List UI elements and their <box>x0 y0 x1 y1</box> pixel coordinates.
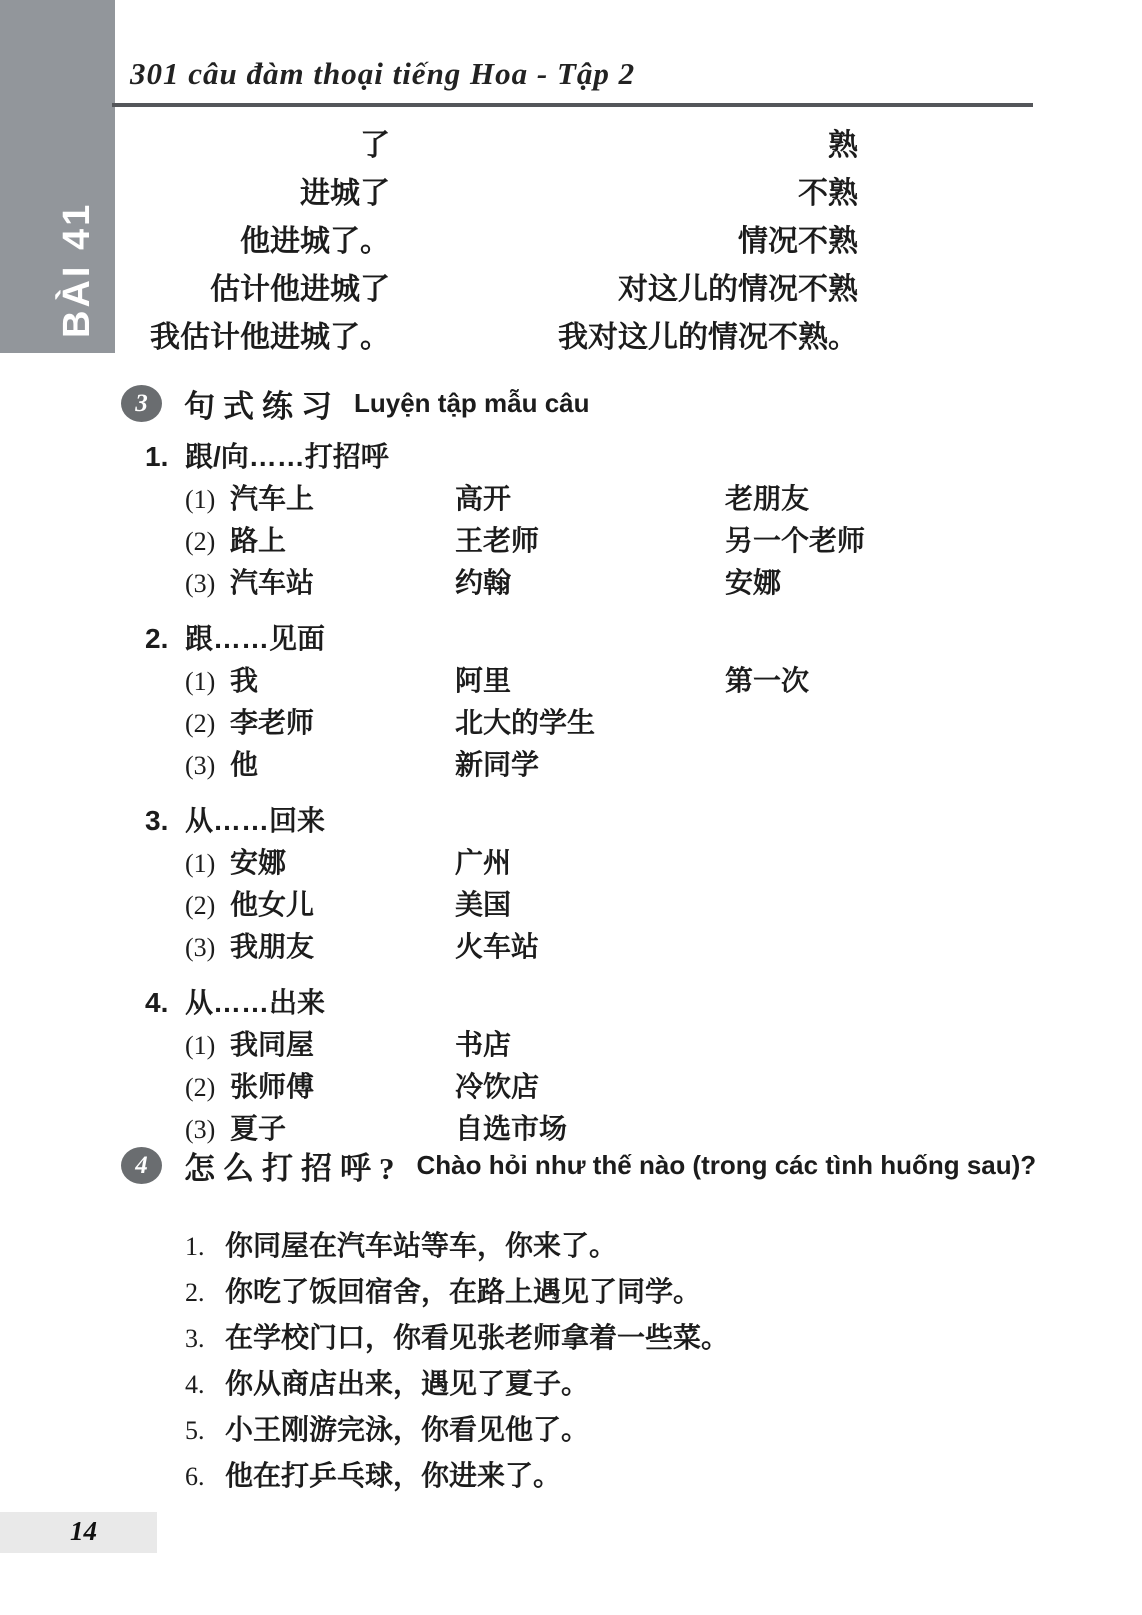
item-col1: 安娜 <box>230 843 455 885</box>
pyramid-line: 对这儿的情况不熟 <box>535 266 858 314</box>
pyramid-line: 估计他进城了 <box>130 266 390 314</box>
item-col1: 张师傅 <box>230 1067 455 1109</box>
sentence-text: 你同屋在汽车站等车，你来了。 <box>225 1224 1105 1270</box>
drill-row: (2) 他女儿 美国 <box>185 885 1095 927</box>
pattern-group: 3. 从……回来 (1) 安娜 广州 (2) 他女儿 美国 (3) 我朋友 火车… <box>145 798 1095 969</box>
item-col1: 路上 <box>230 521 455 563</box>
drill-row: (2) 路上 王老师 另一个老师 <box>185 521 1095 563</box>
item-col2: 书店 <box>455 1025 725 1067</box>
pyramid-line: 熟 <box>535 122 858 170</box>
pyramid-line: 我估计他进城了。 <box>130 314 390 362</box>
sentence-text: 小王刚游完泳，你看见他了。 <box>225 1408 1105 1454</box>
item-number: (1) <box>185 661 230 703</box>
item-col2: 广州 <box>455 843 725 885</box>
drill-row: (3) 汽车站 约翰 安娜 <box>185 563 1095 605</box>
section3-title-vi: Luyện tập mẫu câu <box>354 388 590 419</box>
drill-row: (1) 安娜 广州 <box>185 843 1095 885</box>
item-col2: 火车站 <box>455 927 725 969</box>
section4-title-vi: Chào hỏi như thế nào (trong các tình huố… <box>417 1150 1037 1181</box>
section4-number-badge: 4 <box>121 1147 162 1184</box>
drill-row: (2) 李老师 北大的学生 <box>185 703 1095 745</box>
item-col1: 汽车站 <box>230 563 455 605</box>
sentence-text: 你吃了饭回宿舍，在路上遇见了同学。 <box>225 1270 1105 1316</box>
sentence-row: 1. 你同屋在汽车站等车，你来了。 <box>185 1224 1105 1270</box>
item-number: (2) <box>185 1067 230 1109</box>
item-number: (3) <box>185 745 230 787</box>
group-number: 2. <box>145 616 185 661</box>
item-col3 <box>725 745 1095 787</box>
section3-header: 3 句式练习 Luyện tập mẫu câu <box>121 381 590 426</box>
group-heading: 2. 跟……见面 <box>145 616 1095 661</box>
header-rule <box>112 103 1033 107</box>
item-col3: 另一个老师 <box>725 521 1095 563</box>
item-number: (2) <box>185 521 230 563</box>
sentence-number: 5. <box>185 1408 225 1454</box>
section3-title-zh: 句式练习 <box>184 381 340 426</box>
item-col1: 我 <box>230 661 455 703</box>
item-number: (2) <box>185 703 230 745</box>
item-col3 <box>725 1025 1095 1067</box>
sentence-number: 6. <box>185 1454 225 1500</box>
sentence-text: 在学校门口，你看见张老师拿着一些菜。 <box>225 1316 1105 1362</box>
item-col1: 我同屋 <box>230 1025 455 1067</box>
item-number: (1) <box>185 1025 230 1067</box>
item-col1: 汽车上 <box>230 479 455 521</box>
group-number: 3. <box>145 798 185 843</box>
drill-row: (1) 我 阿里 第一次 <box>185 661 1095 703</box>
item-col2: 美国 <box>455 885 725 927</box>
drill-row: (3) 我朋友 火车站 <box>185 927 1095 969</box>
item-col1: 他 <box>230 745 455 787</box>
group-number: 1. <box>145 434 185 479</box>
item-col2: 冷饮店 <box>455 1067 725 1109</box>
item-number: (3) <box>185 563 230 605</box>
item-col2: 新同学 <box>455 745 725 787</box>
group-pattern: 从……出来 <box>185 980 1095 1025</box>
drill-row: (1) 汽车上 高开 老朋友 <box>185 479 1095 521</box>
item-col2: 王老师 <box>455 521 725 563</box>
item-col3 <box>725 843 1095 885</box>
lesson-label: BÀI 41 <box>56 202 99 338</box>
sentence-row: 2. 你吃了饭回宿舍，在路上遇见了同学。 <box>185 1270 1105 1316</box>
item-number: (2) <box>185 885 230 927</box>
pyramid-right: 熟 不熟 情况不熟 对这儿的情况不熟 我对这儿的情况不熟。 <box>535 122 858 362</box>
pyramid-line: 不熟 <box>535 170 858 218</box>
drill-row: (2) 张师傅 冷饮店 <box>185 1067 1095 1109</box>
book-title: 301 câu đàm thoại tiếng Hoa - Tập 2 <box>130 56 635 92</box>
item-col3 <box>725 885 1095 927</box>
sentence-number: 1. <box>185 1224 225 1270</box>
pattern-group: 4. 从……出来 (1) 我同屋 书店 (2) 张师傅 冷饮店 (3) 夏子 自… <box>145 980 1095 1151</box>
item-col2: 高开 <box>455 479 725 521</box>
item-col3: 第一次 <box>725 661 1095 703</box>
group-heading: 4. 从……出来 <box>145 980 1095 1025</box>
item-number: (1) <box>185 479 230 521</box>
drill-row: (3) 他 新同学 <box>185 745 1095 787</box>
group-pattern: 跟/向……打招呼 <box>185 434 1095 479</box>
sentence-row: 3. 在学校门口，你看见张老师拿着一些菜。 <box>185 1316 1105 1362</box>
group-pattern: 跟……见面 <box>185 616 1095 661</box>
pyramid-line: 情况不熟 <box>535 218 858 266</box>
group-number: 4. <box>145 980 185 1025</box>
sentence-row: 4. 你从商店出来，遇见了夏子。 <box>185 1362 1105 1408</box>
item-col2: 约翰 <box>455 563 725 605</box>
pattern-group: 2. 跟……见面 (1) 我 阿里 第一次 (2) 李老师 北大的学生 (3) … <box>145 616 1095 787</box>
situation-sentences: 1. 你同屋在汽车站等车，你来了。 2. 你吃了饭回宿舍，在路上遇见了同学。 3… <box>185 1224 1105 1500</box>
textbook-page: BÀI 41 301 câu đàm thoại tiếng Hoa - Tập… <box>0 0 1142 1615</box>
footer-bar: 14 <box>0 1512 157 1553</box>
page-number: 14 <box>70 1516 97 1547</box>
sentence-row: 5. 小王刚游完泳，你看见他了。 <box>185 1408 1105 1454</box>
pyramid-line: 他进城了。 <box>130 218 390 266</box>
group-pattern: 从……回来 <box>185 798 1095 843</box>
sentence-number: 4. <box>185 1362 225 1408</box>
group-heading: 1. 跟/向……打招呼 <box>145 434 1095 479</box>
item-col2: 阿里 <box>455 661 725 703</box>
pattern-groups: 1. 跟/向……打招呼 (1) 汽车上 高开 老朋友 (2) 路上 王老师 另一… <box>145 434 1095 1162</box>
section4-header: 4 怎么打招呼? Chào hỏi như thế nào (trong các… <box>121 1143 1036 1188</box>
item-col3 <box>725 1067 1095 1109</box>
lesson-sidebar: BÀI 41 <box>0 0 115 353</box>
drill-row: (1) 我同屋 书店 <box>185 1025 1095 1067</box>
sentence-text: 他在打乒乓球，你进来了。 <box>225 1454 1105 1500</box>
sentence-number: 2. <box>185 1270 225 1316</box>
item-col3 <box>725 703 1095 745</box>
item-col1: 我朋友 <box>230 927 455 969</box>
item-col2: 北大的学生 <box>455 703 725 745</box>
item-col3: 老朋友 <box>725 479 1095 521</box>
pyramid-left: 了 进城了 他进城了。 估计他进城了 我估计他进城了。 <box>130 122 390 362</box>
item-number: (1) <box>185 843 230 885</box>
pyramid-line: 了 <box>130 122 390 170</box>
sentence-row: 6. 他在打乒乓球，你进来了。 <box>185 1454 1105 1500</box>
sentence-text: 你从商店出来，遇见了夏子。 <box>225 1362 1105 1408</box>
sentence-number: 3. <box>185 1316 225 1362</box>
group-heading: 3. 从……回来 <box>145 798 1095 843</box>
section3-number-badge: 3 <box>121 385 162 422</box>
item-col1: 李老师 <box>230 703 455 745</box>
pyramid-line: 进城了 <box>130 170 390 218</box>
item-col3: 安娜 <box>725 563 1095 605</box>
pattern-group: 1. 跟/向……打招呼 (1) 汽车上 高开 老朋友 (2) 路上 王老师 另一… <box>145 434 1095 605</box>
item-col1: 他女儿 <box>230 885 455 927</box>
section4-title-zh: 怎么打招呼? <box>184 1143 403 1188</box>
item-col3 <box>725 927 1095 969</box>
pyramid-line: 我对这儿的情况不熟。 <box>535 314 858 362</box>
item-number: (3) <box>185 927 230 969</box>
